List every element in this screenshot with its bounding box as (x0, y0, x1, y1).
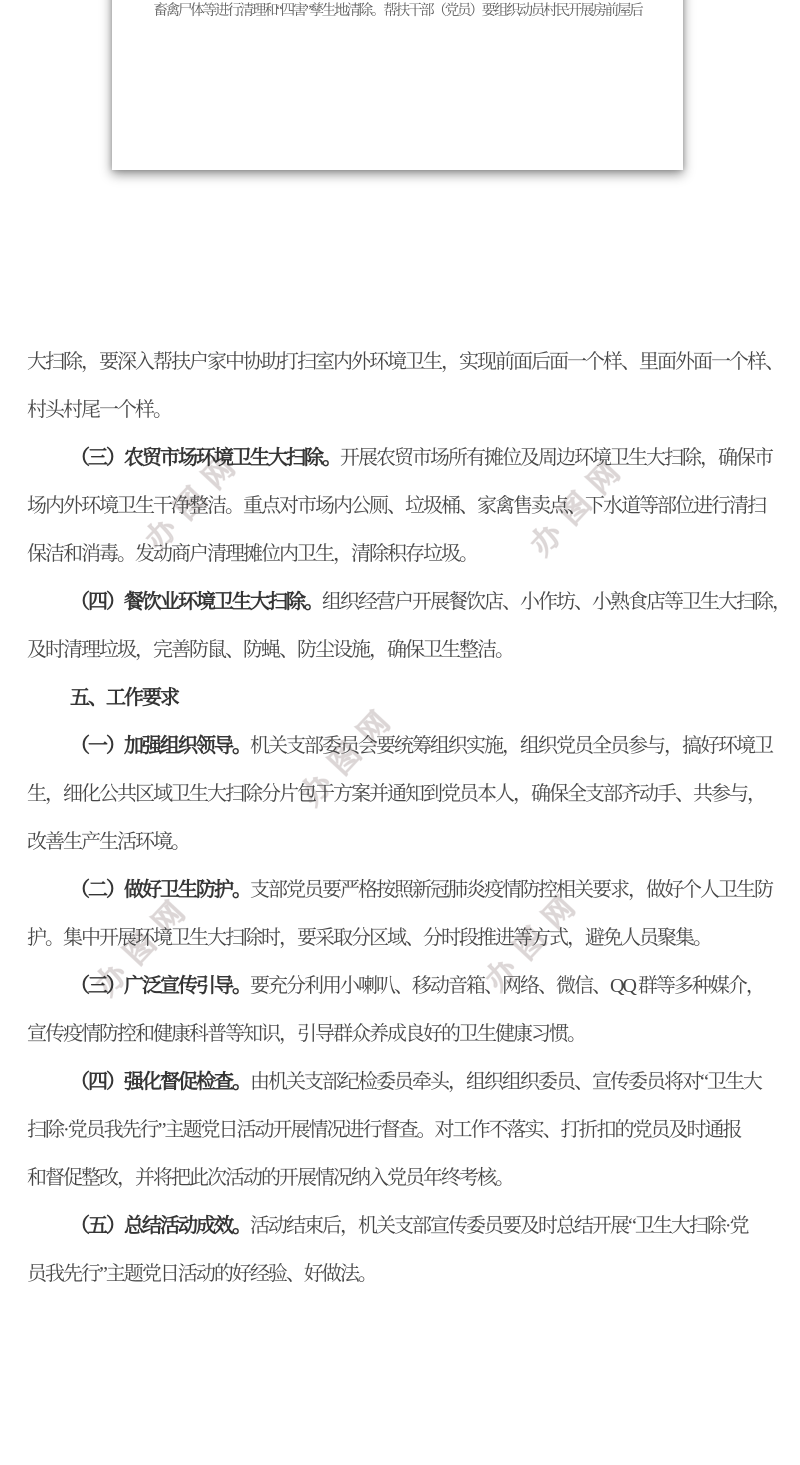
paragraph-lead-bold: （四）餐饮业环境卫生大扫除。 (70, 591, 322, 613)
paragraph-lead-bold: （三）广泛宣传引导。 (70, 975, 250, 997)
text-line: 五、工作要求 (27, 674, 775, 722)
preview-page-card: 畜禽尸体等进行清理和“四害”孳生地清除。帮扶干部（党员）要组织动员村民开展房前屋… (112, 0, 683, 170)
paragraph-text: 护。集中开展环境卫生大扫除时，要采取分区域、分时段推进等方式，避免人员聚集。 (27, 927, 711, 949)
paragraph-text: 保洁和消毒。发动商户清理摊位内卫生，清除积存垃圾。 (27, 543, 477, 565)
text-line: （五）总结活动成效。活动结束后，机关支部宣传委员要及时总结开展“卫生大扫除·党 (27, 1202, 775, 1250)
paragraph-text: 活动结束后，机关支部宣传委员要及时总结开展“卫生大扫除·党 (250, 1215, 748, 1237)
text-line: 保洁和消毒。发动商户清理摊位内卫生，清除积存垃圾。 (27, 530, 775, 578)
text-line: 及时清理垃圾，完善防鼠、防蝇、防尘设施，确保卫生整洁。 (27, 626, 775, 674)
text-line: 村头村尾一个样。 (27, 386, 775, 434)
text-line: 改善生产生活环境。 (27, 818, 775, 866)
paragraph-text: 扫除·党员我先行”主题党日活动开展情况进行督查。对工作不落实、打折扣的党员及时通… (27, 1119, 741, 1141)
document-body: 大扫除，要深入帮扶户家中协助打扫室内外环境卫生，实现前面后面一个样、里面外面一个… (27, 338, 775, 1298)
paragraph-text: 宣传疫情防控和健康科普等知识，引导群众养成良好的卫生健康习惯。 (27, 1023, 585, 1045)
paragraph-text: 组织经营户开展餐饮店、小作坊、小熟食店等卫生大扫除， (322, 591, 790, 613)
text-line: 员我先行”主题党日活动的好经验、好做法。 (27, 1250, 775, 1298)
text-line: 扫除·党员我先行”主题党日活动开展情况进行督查。对工作不落实、打折扣的党员及时通… (27, 1106, 775, 1154)
text-line: 和督促整改，并将把此次活动的开展情况纳入党员年终考核。 (27, 1154, 775, 1202)
text-line: 生，细化公共区域卫生大扫除分片包干方案并通知到党员本人，确保全支部齐动手、共参与… (27, 770, 775, 818)
text-line: （一）加强组织领导。机关支部委员会要统筹组织实施，组织党员全员参与，搞好环境卫 (27, 722, 775, 770)
preview-page-text: 畜禽尸体等进行清理和“四害”孳生地清除。帮扶干部（党员）要组织动员村民开展房前屋… (112, 0, 683, 22)
paragraph-lead-bold: （五）总结活动成效。 (70, 1215, 250, 1237)
paragraph-text: 和督促整改，并将把此次活动的开展情况纳入党员年终考核。 (27, 1167, 513, 1189)
paragraph-lead-bold: （三）农贸市场环境卫生大扫除。 (70, 447, 340, 469)
paragraph-text: 员我先行”主题党日活动的好经验、好做法。 (27, 1263, 376, 1285)
paragraph-text: 要充分利用小喇叭、移动音箱、网络、微信、QQ 群等多种媒介， (250, 975, 764, 997)
text-line: 护。集中开展环境卫生大扫除时，要采取分区域、分时段推进等方式，避免人员聚集。 (27, 914, 775, 962)
text-line: （四）强化督促检查。由机关支部纪检委员牵头，组织组织委员、宣传委员将对“卫生大 (27, 1058, 775, 1106)
paragraph-lead-bold: 五、工作要求 (70, 687, 178, 709)
text-line: （三）广泛宣传引导。要充分利用小喇叭、移动音箱、网络、微信、QQ 群等多种媒介， (27, 962, 775, 1010)
text-line: 宣传疫情防控和健康科普等知识，引导群众养成良好的卫生健康习惯。 (27, 1010, 775, 1058)
paragraph-text: 改善生产生活环境。 (27, 831, 189, 853)
paragraph-text: 支部党员要严格按照新冠肺炎疫情防控相关要求，做好个人卫生防 (250, 879, 772, 901)
paragraph-text: 由机关支部纪检委员牵头，组织组织委员、宣传委员将对“卫生大 (250, 1071, 761, 1093)
page-background: 办图网办图网办图网办图网办图网 畜禽尸体等进行清理和“四害”孳生地清除。帮扶干部… (0, 0, 800, 1465)
paragraph-text: 生，细化公共区域卫生大扫除分片包干方案并通知到党员本人，确保全支部齐动手、共参与… (27, 783, 765, 805)
paragraph-text: 村头村尾一个样。 (27, 399, 171, 421)
text-line: （四）餐饮业环境卫生大扫除。组织经营户开展餐饮店、小作坊、小熟食店等卫生大扫除， (27, 578, 775, 626)
paragraph-text: 场内外环境卫生干净整洁。重点对市场内公厕、垃圾桶、家禽售卖点、下水道等部位进行清… (27, 495, 765, 517)
paragraph-text: 及时清理垃圾，完善防鼠、防蝇、防尘设施，确保卫生整洁。 (27, 639, 513, 661)
paragraph-text: 机关支部委员会要统筹组织实施，组织党员全员参与，搞好环境卫 (250, 735, 772, 757)
paragraph-text: 大扫除，要深入帮扶户家中协助打扫室内外环境卫生，实现前面后面一个样、里面外面一个… (27, 351, 783, 373)
text-line: （二）做好卫生防护。支部党员要严格按照新冠肺炎疫情防控相关要求，做好个人卫生防 (27, 866, 775, 914)
text-line: 大扫除，要深入帮扶户家中协助打扫室内外环境卫生，实现前面后面一个样、里面外面一个… (27, 338, 775, 386)
paragraph-text: 开展农贸市场所有摊位及周边环境卫生大扫除，确保市 (340, 447, 772, 469)
text-line: 场内外环境卫生干净整洁。重点对市场内公厕、垃圾桶、家禽售卖点、下水道等部位进行清… (27, 482, 775, 530)
paragraph-lead-bold: （二）做好卫生防护。 (70, 879, 250, 901)
paragraph-lead-bold: （四）强化督促检查。 (70, 1071, 250, 1093)
text-line: （三）农贸市场环境卫生大扫除。开展农贸市场所有摊位及周边环境卫生大扫除，确保市 (27, 434, 775, 482)
paragraph-lead-bold: （一）加强组织领导。 (70, 735, 250, 757)
